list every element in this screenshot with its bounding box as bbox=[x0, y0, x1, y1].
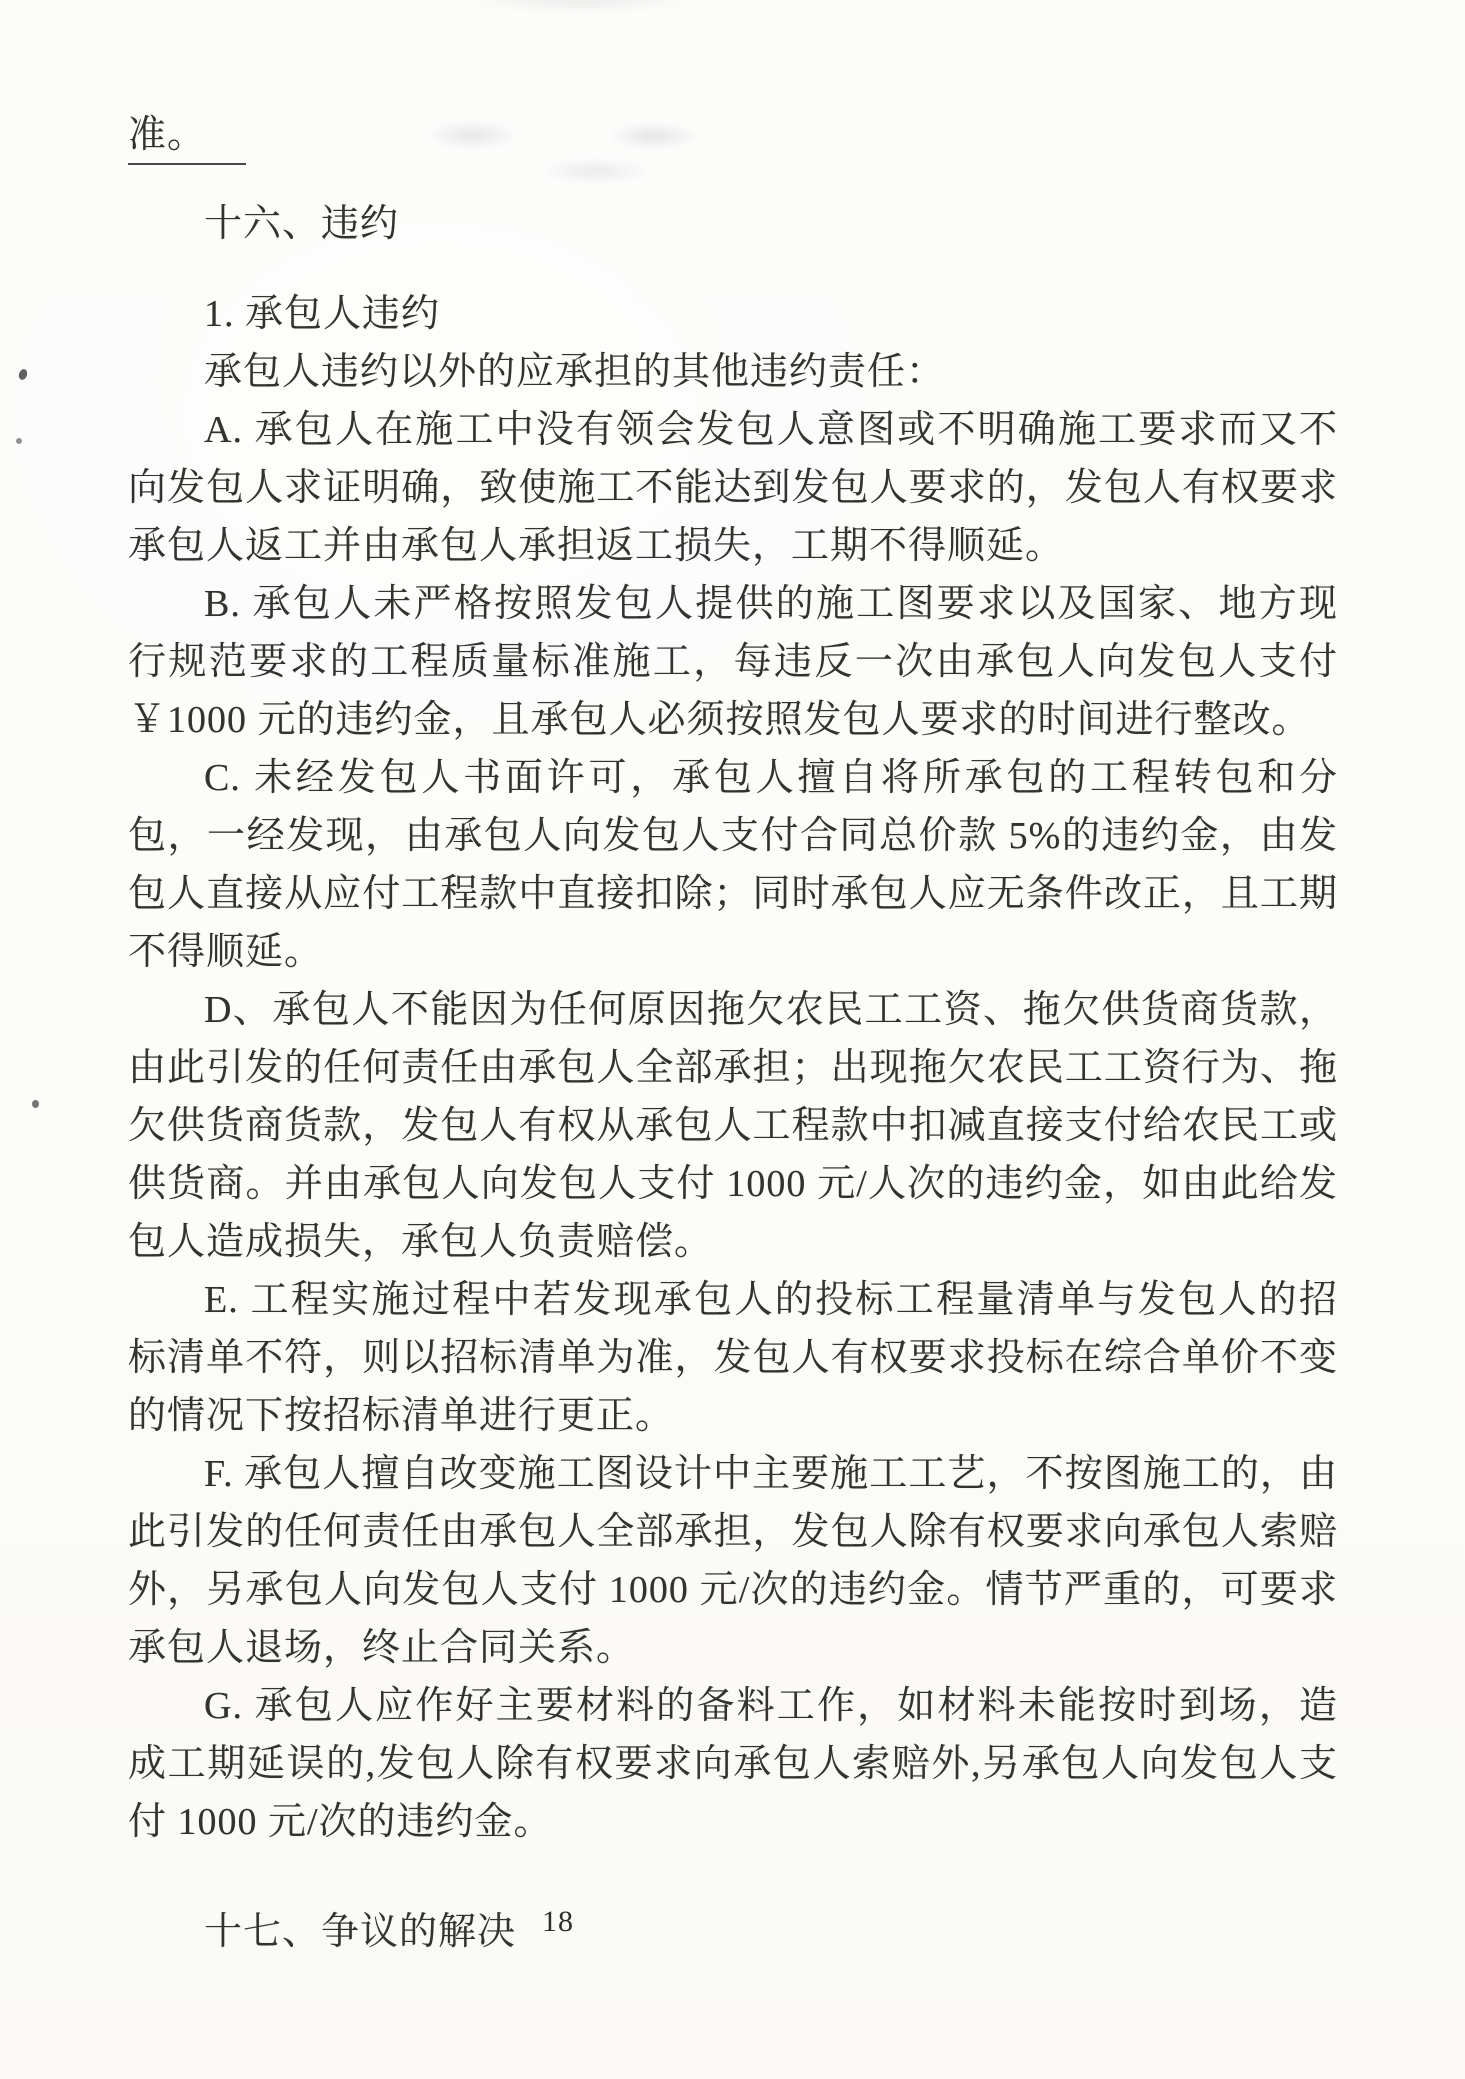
breach-item-b: B. 承包人未严格按照发包人提供的施工图要求以及国家、地方现行规范要求的工程质量… bbox=[128, 575, 1338, 749]
ink-speck bbox=[32, 1100, 39, 1108]
clause-1-intro: 承包人违约以外的应承担的其他违约责任： bbox=[128, 343, 1338, 401]
ink-speck bbox=[17, 368, 28, 381]
scan-smudge bbox=[470, 0, 690, 12]
carryover-text: 准。 bbox=[128, 109, 246, 165]
section-16-heading: 十六、违约 bbox=[128, 195, 1338, 253]
clause-1-heading: 1. 承包人违约 bbox=[128, 285, 1338, 343]
breach-item-e: E. 工程实施过程中若发现承包人的投标工程量清单与发包人的招标清单不符，则以招标… bbox=[128, 1271, 1338, 1445]
breach-item-g: G. 承包人应作好主要材料的备料工作，如材料未能按时到场，造成工期延误的,发包人… bbox=[128, 1677, 1338, 1851]
breach-item-a: A. 承包人在施工中没有领会发包人意图或不明确施工要求而又不向发包人求证明确，致… bbox=[128, 401, 1338, 575]
breach-item-d: D、承包人不能因为任何原因拖欠农民工工资、拖欠供货商货款，由此引发的任何责任由承… bbox=[128, 981, 1338, 1271]
breach-item-c: C. 未经发包人书面许可，承包人擅自将所承包的工程转包和分包，一经发现，由承包人… bbox=[128, 749, 1338, 981]
contract-text: 准。 十六、违约 1. 承包人违约 承包人违约以外的应承担的其他违约责任： A.… bbox=[128, 106, 1338, 1961]
ink-speck bbox=[16, 438, 22, 444]
document-page: 准。 十六、违约 1. 承包人违约 承包人违约以外的应承担的其他违约责任： A.… bbox=[0, 0, 1465, 2079]
page-number: 18 bbox=[518, 1905, 598, 1939]
carryover-line: 准。 bbox=[128, 106, 1338, 165]
section-17-heading: 十七、争议的解决 bbox=[128, 1903, 1338, 1961]
breach-item-f: F. 承包人擅自改变施工图设计中主要施工工艺，不按图施工的，由此引发的任何责任由… bbox=[128, 1445, 1338, 1677]
